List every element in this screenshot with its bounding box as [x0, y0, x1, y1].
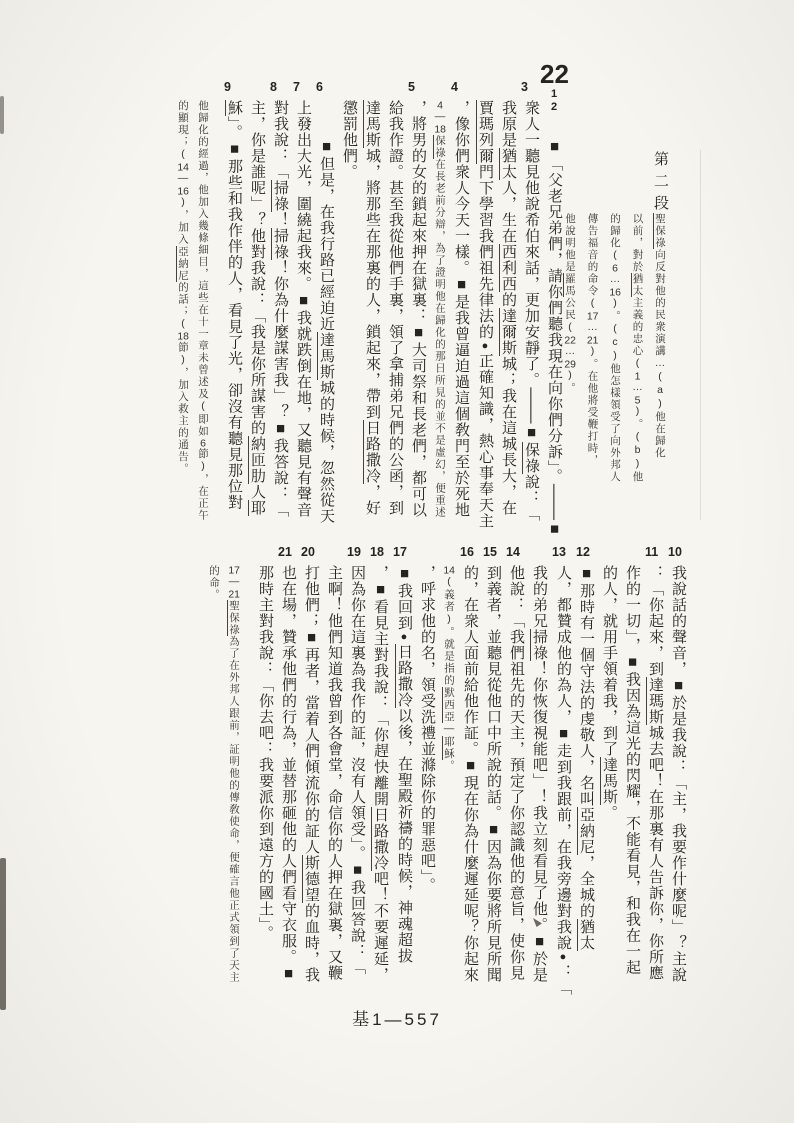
verse-text: 上發出大光，圍繞起我來。■我就跌倒在地，又聽見有聲音 — [295, 100, 312, 518]
proper-noun-mark: 日路撒冷 — [363, 420, 381, 484]
proper-noun-mark: 猶太 — [577, 919, 595, 951]
margin-note-column: 的命。 — [204, 565, 224, 1005]
proper-noun-mark: 達馬斯 — [600, 757, 618, 805]
verse-column: ，呼求他的名，領受洗禮並滌除你的罪惡吧」。 — [416, 565, 439, 1005]
verse-column: 我的弟兄掃祿！你恢復視能吧」！我立刻看見了他。■於是 — [528, 565, 551, 1005]
verse-text: 穌」。■那些和我作伴的人，看見了光，卻沒有聽見那位對 — [225, 100, 243, 511]
verse-text: 主啊！他們知道我曾到各會堂，命信你的人押在獄裏，又鞭 — [326, 565, 343, 981]
verse-column: 21也在場，贊承他們的行為，並替那砸他的人們看守衣服。■ — [277, 565, 300, 1005]
scan-smudge — [0, 858, 6, 1010]
margin-note-column: 的歸化(6…16)。(c)他怎樣領受了向外邦人 — [604, 213, 627, 525]
scan-fold-line — [700, 150, 701, 520]
footnote-marker: ● — [479, 340, 491, 353]
margin-note-column: 他歸化的經過，他加入幾條細目，這些在十一章未曾述及(即如6節)，在正午 — [193, 100, 213, 518]
note-text: 14(義者)。就是指的默西亞—耶穌。 — [442, 565, 455, 772]
proper-noun-mark: 耶 — [248, 500, 266, 516]
verse-text: ■那時有一個守法的虔敬人，名叫亞納尼，全城的猶太 — [577, 565, 595, 951]
verse-text: 人，都贊成他的為人，■走到我跟前，在我旁邊對我說●：「 — [555, 565, 572, 996]
verse-column: 懲罰他們。 — [338, 100, 361, 518]
scan-smudge — [0, 96, 4, 134]
verse-column: 作的一切」，■我因為這光的閃耀，不能看見，和我在一起 — [621, 565, 644, 1005]
verse-column: 達馬斯城，將那些在那裏的人，鎖起來，帶到日路撒冷，好 — [361, 100, 384, 518]
note-text: 以前，對於猶太主義的忠心(1…5)。(b)他 — [631, 213, 644, 483]
proper-noun-mark: 保祿 — [522, 442, 540, 474]
proper-noun-mark: 猶太 — [631, 273, 644, 297]
verse-column: 5，將男的女的鎖起來押在獄裏：■大司祭和長老們，都可以 — [407, 100, 430, 518]
verse-number: 13 — [552, 541, 566, 564]
verse-column: 8對我說：「掃祿！掃祿！你為什麼謀害我」？■我答說：「 — [269, 100, 292, 518]
proper-noun-mark: 斯德望 — [302, 855, 320, 903]
verse-column: 主啊！他們知道我曾到各會堂，命信你的人押在獄裏，又鞭 — [323, 565, 346, 1005]
proper-noun-mark: 保祿 — [433, 135, 446, 159]
verse-column: 9穌」。■那些和我作伴的人，看見了光，卻沒有聽見那位對 — [223, 100, 246, 518]
proper-noun-mark: 聖保祿 — [653, 213, 666, 249]
verse-text: 他說：「我們祖先的天主，預定了你認識他的意旨，使你見 — [508, 565, 525, 981]
verse-text: 主，你是誰呢」？他對我說：「我是你所謀害的納匝肋人耶 — [248, 100, 266, 516]
verse-number: 15 — [483, 541, 497, 564]
verse-text: 達馬斯城，將那些在那裏的人，鎖起來，帶到日路撒冷，好 — [363, 100, 381, 516]
verse-text: ：「你起來，到達瑪斯城去吧！在那裏有人告訴你，你所應 — [646, 565, 664, 981]
proper-noun-mark: 猶太 — [499, 148, 517, 180]
verse-text: 對我說：「掃祿！掃祿！你為什麼謀害我」？■我答說：「 — [271, 100, 289, 518]
note-text: 聖保祿向反對他的民衆演講…(a)他在歸化 — [653, 213, 666, 459]
margin-note-column: 4—18保祿在長老前分辯，為了證明他在歸化的那日所見的並不是虛幻，便重述 — [430, 100, 450, 518]
proper-noun-mark: 掃祿 — [530, 629, 548, 661]
verse-number: 1 — [540, 88, 568, 101]
proper-noun-mark: 達馬斯 — [317, 332, 335, 380]
verse-number: 21 — [278, 541, 292, 564]
verse-text: 賈瑪列爾門下學習我們祖先律法的●正確知識，熱心事奉天主 — [477, 100, 494, 529]
verse-number: 14 — [506, 541, 520, 564]
verse-number: 4 — [451, 76, 458, 99]
verse-text: ，呼求他的名，領受洗禮並滌除你的罪惡吧」。 — [419, 565, 436, 894]
verse-column: 賈瑪列爾門下學習我們祖先律法的●正確知識，熱心事奉天主 — [473, 100, 497, 518]
verse-text: 給我作證。甚至我從他們手裏，領了拿捕弟兄們的公函，到 — [387, 100, 404, 516]
note-text: 他歸化的經過，他加入幾條細目，這些在十一章未曾述及(即如6節)，在正午 — [197, 100, 209, 522]
proper-noun-mark: 亞納尼 — [176, 246, 189, 282]
verse-text: ，■看見主對我說：「你趕快離開日路撒冷吧！不要遲延， — [371, 565, 389, 983]
proper-noun-mark: 達馬斯 — [363, 100, 381, 148]
verse-column: 那時主對我說：「你去吧：我要派你到遠方的國土」。 — [254, 565, 277, 1005]
verse-number: 19 — [347, 541, 361, 564]
verse-column: 16的，在衆人面前給他作証。■現在你為什麼遲延呢？你起來 — [459, 565, 482, 1005]
verse-number: 7 — [293, 76, 300, 99]
proper-noun-mark: 掃祿 — [271, 228, 289, 260]
chapter-number: 22 — [540, 60, 568, 88]
verse-column: 2212■「父老兄弟們，請你們聽我現在向你們分訴」。││■ — [543, 100, 566, 518]
proper-noun-mark: 西利西 — [499, 244, 517, 292]
proper-noun-mark: 日路撒冷 — [395, 644, 413, 708]
verse-column: 4，像你們衆人今天一樣。■是我曾逼迫過這個敎門至於死地 — [450, 100, 473, 518]
proper-noun-mark: 達爾斯 — [499, 308, 517, 356]
proper-noun-mark: 賈瑪列爾 — [476, 100, 494, 164]
verse-text: 的，在衆人面前給他作証。■現在你為什麼遲延呢？你起來 — [462, 565, 479, 983]
verse-column: 15到義者，並聽見從他口中所說的話。■因為你要將所見所聞 — [482, 565, 505, 1005]
footnote-marker: ● — [398, 631, 410, 644]
verse-column: 13人，都贊成他的為人，■走到我跟前，在我旁邊對我說●：「 — [551, 565, 575, 1005]
verse-column: 6■但是，在我行路已經迫近達馬斯城的時候，忽然從天 — [315, 100, 338, 518]
note-text: 傳告福音的命令(17…21)。在他將受鞭打時， — [587, 213, 599, 467]
section-summary-note: 聖保祿向反對他的民衆演講…(a)他在歸化以前，對於猶太主義的忠心(1…5)。(b… — [559, 213, 672, 525]
verse-text: 那時主對我說：「你去吧：我要派你到遠方的國土」。 — [257, 565, 274, 942]
verse-number: 12 — [576, 541, 590, 564]
note-text: 17—21聖保祿為了在外邦人跟前，証明他的傳敎使命，便確言他正式領到了天主 — [227, 565, 240, 984]
verse-column: 20打他們；■再者，當着人們傾流你的証人斯德望的血時，我 — [300, 565, 323, 1005]
verse-column: 主，你是誰呢」？他對我說：「我是你所謀害的納匝肋人耶 — [246, 100, 269, 518]
verse-number: 8 — [270, 76, 277, 99]
verse-number: 16 — [460, 541, 474, 564]
note-text: 的歸化(6…16)。(c)他怎樣領受了向外邦人 — [609, 213, 621, 483]
scanned-book-page: 第二段 聖保祿向反對他的民衆演講…(a)他在歸化以前，對於猶太主義的忠心(1…5… — [0, 0, 794, 1123]
verse-column: 17■我回到●日路撒冷以後，在聖殿祈禱的時候，神魂超拔 — [392, 565, 416, 1005]
verse-text: 衆人一聽見他說希伯來話，更加安靜了。││■保祿說：「 — [522, 100, 540, 522]
verse-text: 我說話的聲音，■於是我說：「主，我要作什麼呢」？主說 — [670, 565, 687, 983]
verse-text: ，將男的女的鎖起來押在獄裏：■大司祭和長老們，都可以 — [410, 100, 427, 518]
proper-noun-mark: 掃祿 — [271, 180, 289, 212]
verse-text: 也在場，贊承他們的行為，並替那砸他的人們看守衣服。■ — [280, 565, 297, 983]
proper-noun-mark: 亞納尼 — [577, 807, 595, 855]
chapter-number-block: 2212 — [540, 60, 568, 114]
verse-column: 的人，就用手領着我，到了達馬斯。 — [598, 565, 621, 1005]
verse-text: 作的一切」，■我因為這光的閃耀，不能看見，和我在一起 — [624, 565, 641, 976]
proper-noun-mark: 日路撒冷 — [371, 807, 389, 871]
verse-number: 9 — [224, 76, 231, 99]
proper-noun-mark: 穌 — [225, 100, 243, 116]
verse-column: 10我說話的聲音，■於是我說：「主，我要作什麼呢」？主說 — [667, 565, 690, 1005]
verse-column: 我原是猶太人，生在西利西的達爾斯城；我在這城長大，在 — [497, 100, 520, 518]
verse-text: 我原是猶太人，生在西利西的達爾斯城；我在這城長大，在 — [499, 100, 517, 516]
scripture-block-bottom: 10我說話的聲音，■於是我說：「主，我要作什麼呢」？主說11：「你起來，到達瑪斯… — [204, 565, 690, 1005]
section-heading: 第二段 — [650, 151, 671, 217]
verse-text: 的人，就用手領着我，到了達馬斯。 — [600, 565, 618, 821]
verse-text: 懲罰他們。 — [341, 100, 358, 180]
verse-text: ■我回到●日路撒冷以後，在聖殿祈禱的時候，神魂超拔 — [396, 565, 413, 964]
verse-column: 11：「你起來，到達瑪斯城去吧！在那裏有人告訴你，你所應 — [644, 565, 667, 1005]
verse-number: 3 — [521, 76, 528, 99]
page-number: 基1—557 — [0, 1005, 794, 1030]
note-text: 的顯現；(14—16)，加入亞納尼的話；(18節)，加入救主的通告。 — [176, 100, 189, 475]
margin-note-column: 傳告福音的命令(17…21)。在他將受鞭打時， — [581, 213, 604, 525]
margin-note-column: 聖保祿向反對他的民衆演講…(a)他在歸化 — [649, 213, 672, 525]
verse-column: 7上發出大光，圍繞起我來。■我就跌倒在地，又聽見有聲音 — [292, 100, 315, 518]
verse-number: 2 — [540, 101, 568, 114]
verse-text: 我的弟兄掃祿！你恢復視能吧」！我立刻看見了他。■於是 — [530, 565, 548, 983]
note-text: 4—18保祿在長老前分辯，為了證明他在歸化的那日所見的並不是虛幻，便重述 — [433, 100, 446, 519]
proper-noun-mark: 默西亞 — [442, 687, 455, 723]
verse-text: ，像你們衆人今天一樣。■是我曾逼迫過這個敎門至於死地 — [453, 100, 470, 518]
verse-text: 到義者，並聽見從他口中所說的話。■因為你要將所見所聞 — [485, 565, 502, 983]
verse-column: 14他說：「我們祖先的天主，預定了你認識他的意旨，使你見 — [505, 565, 528, 1005]
verse-column: 給我作證。甚至我從他們手裏，領了拿捕弟兄們的公函，到 — [384, 100, 407, 518]
verse-number: 20 — [301, 541, 315, 564]
margin-note-column: 以前，對於猶太主義的忠心(1…5)。(b)他 — [626, 213, 649, 525]
verse-number: 17 — [393, 541, 407, 564]
note-text: 的命。 — [208, 565, 220, 601]
verse-text: ■「父老兄弟們，請你們聽我現在向你們分訴」。││■ — [546, 138, 563, 539]
verse-number: 18 — [370, 541, 384, 564]
verse-number: 10 — [668, 541, 682, 564]
proper-noun-mark: 聖保祿 — [227, 600, 240, 636]
verse-text: ■但是，在我行路已經迫近達馬斯城的時候，忽然從天 — [317, 138, 335, 524]
verse-column: 12■那時有一個守法的虔敬人，名叫亞納尼，全城的猶太 — [575, 565, 598, 1005]
verse-column: 18，■看見主對我說：「你趕快離開日路撒冷吧！不要遲延， — [369, 565, 392, 1005]
scripture-block-top: 2212■「父老兄弟們，請你們聽我現在向你們分訴」。││■3衆人一聽見他說希伯來… — [173, 100, 566, 518]
margin-note-column: 17—21聖保祿為了在外邦人跟前，証明他的傳敎使命，便確言他正式領到了天主 — [224, 565, 244, 1005]
verse-number: 6 — [316, 76, 323, 99]
proper-noun-mark: 達瑪斯 — [646, 677, 664, 725]
margin-note-column: 的顯現；(14—16)，加入亞納尼的話；(18節)，加入救主的通告。 — [173, 100, 193, 518]
footnote-marker: ● — [557, 951, 569, 964]
verse-number: 5 — [408, 76, 415, 99]
verse-number: 11 — [645, 541, 658, 564]
verse-column: 19因為你在這裏為我作的証，沒有人領受」。■我回答說：「 — [346, 565, 369, 1005]
proper-noun-mark: 納匝肋 — [248, 436, 266, 484]
proper-noun-mark: 耶穌 — [442, 736, 455, 760]
verse-text: 因為你在這裏為我作的証，沒有人領受」。■我回答說：「 — [349, 565, 366, 976]
margin-note-column: 14(義者)。就是指的默西亞—耶穌。 — [439, 565, 459, 1005]
verse-column: 3衆人一聽見他說希伯來話，更加安靜了。││■保祿說：「 — [520, 100, 543, 518]
verse-text: 打他們；■再者，當着人們傾流你的証人斯德望的血時，我 — [302, 565, 320, 983]
